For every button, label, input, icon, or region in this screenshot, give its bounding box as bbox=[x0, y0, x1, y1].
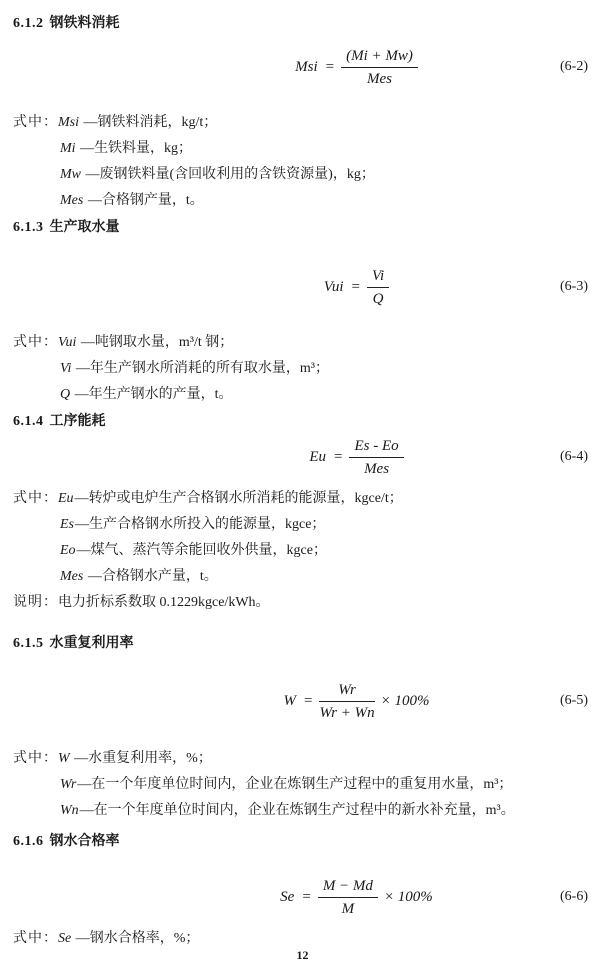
definition-text: —转炉或电炉生产合格钢水所消耗的能源量，kgce/t； bbox=[75, 491, 403, 506]
definition-line: Eo—煤气、蒸汽等余能回收外供量，kgce； bbox=[13, 541, 590, 561]
section-title: 钢铁料消耗 bbox=[50, 14, 120, 30]
where-label: 式中： bbox=[13, 751, 58, 766]
section-number: 6.1.4 bbox=[13, 414, 44, 429]
formula-lhs: Eu bbox=[309, 449, 327, 466]
formula-lhs: Msi bbox=[295, 59, 319, 76]
where-block-615: 式中：W —水重复利用率，%； Wr—在一个年度单位时间内，企业在炼钢生产过程中… bbox=[13, 749, 590, 821]
definition-text: —年生产钢水所消耗的所有取水量，m³； bbox=[72, 361, 329, 376]
section-title: 钢水合格率 bbox=[50, 832, 120, 848]
section-number: 6.1.6 bbox=[13, 834, 44, 849]
definition-text: —水重复利用率，%； bbox=[71, 751, 212, 766]
definition-text: —生铁料量，kg； bbox=[77, 141, 193, 156]
formula-6-2: Msi = (Mi + Mw) Mes bbox=[295, 47, 418, 88]
fraction-denominator: M bbox=[318, 898, 378, 918]
equation-number: (6-3) bbox=[560, 279, 588, 295]
fraction: Vi Q bbox=[367, 267, 389, 308]
definition-line: Mes —合格钢水产量，t。 bbox=[13, 567, 590, 587]
definition-symbol: Msi bbox=[58, 115, 80, 130]
fraction-numerator: Es - Eo bbox=[349, 437, 403, 458]
formula-6-6: Se = M − Md M × 100% bbox=[280, 877, 433, 918]
definition-text: —煤气、蒸汽等余能回收外供量，kgce； bbox=[77, 543, 327, 558]
fraction: Es - Eo Mes bbox=[349, 437, 403, 478]
equals-sign: = bbox=[333, 449, 343, 466]
fraction-numerator: Vi bbox=[367, 267, 389, 288]
section-number: 6.1.2 bbox=[13, 16, 44, 31]
definition-line: Q —年生产钢水的产量，t。 bbox=[13, 385, 590, 405]
definition-text: —废钢铁料量(含回收利用的含铁资源量)，kg； bbox=[82, 167, 375, 182]
where-label: 式中： bbox=[13, 491, 58, 506]
definition-symbol: Vi bbox=[60, 361, 72, 376]
section-heading-615: 6.1.5水重复利用率 bbox=[13, 633, 590, 653]
formula-6-3: Vui = Vi Q bbox=[324, 267, 389, 308]
definition-symbol: Mes bbox=[60, 193, 84, 208]
formula-row-6-5: W = Wr Wr + Wn × 100% (6-5) bbox=[13, 675, 590, 727]
fraction-denominator: Mes bbox=[341, 68, 418, 88]
note-line: 说明：电力折标系数取 0.1229kgce/kWh。 bbox=[13, 593, 590, 613]
definition-text: —在一个年度单位时间内，企业在炼钢生产过程中的重复用水量，m³； bbox=[77, 777, 512, 792]
fraction: M − Md M bbox=[318, 877, 378, 918]
fraction-denominator: Mes bbox=[349, 458, 403, 478]
definition-line: 式中：W —水重复利用率，%； bbox=[13, 749, 590, 769]
formula-lhs: W bbox=[284, 693, 298, 710]
section-heading-616: 6.1.6钢水合格率 bbox=[13, 831, 590, 851]
where-label: 式中： bbox=[13, 931, 58, 946]
equation-number: (6-2) bbox=[560, 59, 588, 75]
definition-line: Wr—在一个年度单位时间内，企业在炼钢生产过程中的重复用水量，m³； bbox=[13, 775, 590, 795]
section-heading-614: 6.1.4工序能耗 bbox=[13, 411, 590, 431]
equals-sign: = bbox=[351, 279, 361, 296]
section-title: 生产取水量 bbox=[50, 218, 120, 234]
formula-6-4: Eu = Es - Eo Mes bbox=[309, 437, 403, 478]
formula-row-6-6: Se = M − Md M × 100% (6-6) bbox=[13, 871, 590, 923]
definition-line: Wn—在一个年度单位时间内，企业在炼钢生产过程中的新水补充量，m³。 bbox=[13, 801, 590, 821]
definition-line: Mes —合格钢产量，t。 bbox=[13, 191, 590, 211]
page-footer: 12 bbox=[0, 948, 605, 963]
definition-line: 式中：Vui —吨钢取水量，m³/t 钢； bbox=[13, 333, 590, 353]
fraction-numerator: Wr bbox=[319, 681, 374, 702]
formula-6-5: W = Wr Wr + Wn × 100% bbox=[284, 681, 430, 722]
fraction: (Mi + Mw) Mes bbox=[341, 47, 418, 88]
where-label: 式中： bbox=[13, 335, 58, 350]
definition-symbol: Vui bbox=[58, 335, 77, 350]
definition-symbol: Q bbox=[60, 387, 71, 402]
definition-text: —钢铁料消耗，kg/t； bbox=[80, 115, 217, 130]
definition-text: —年生产钢水的产量，t。 bbox=[71, 387, 232, 402]
equals-sign: = bbox=[303, 693, 313, 710]
equation-number: (6-4) bbox=[560, 449, 588, 465]
formula-row-6-4: Eu = Es - Eo Mes (6-4) bbox=[13, 431, 590, 483]
definition-line: Mi —生铁料量，kg； bbox=[13, 139, 590, 159]
definition-line: 式中：Eu—转炉或电炉生产合格钢水所消耗的能源量，kgce/t； bbox=[13, 489, 590, 509]
fraction-numerator: M − Md bbox=[318, 877, 378, 898]
formula-suffix: × 100% bbox=[381, 693, 430, 710]
definition-line: 式中：Se —钢水合格率，%； bbox=[13, 929, 590, 949]
definition-symbol: Mi bbox=[60, 141, 77, 156]
equals-sign: = bbox=[325, 59, 335, 76]
where-block-612: 式中：Msi —钢铁料消耗，kg/t； Mi —生铁料量，kg； Mw —废钢铁… bbox=[13, 113, 590, 211]
definition-line: Mw —废钢铁料量(含回收利用的含铁资源量)，kg； bbox=[13, 165, 590, 185]
definition-symbol: Wn bbox=[60, 803, 80, 818]
definition-symbol: Se bbox=[58, 931, 72, 946]
definition-line: Es—生产合格钢水所投入的能源量，kgce； bbox=[13, 515, 590, 535]
note-label: 说明： bbox=[13, 595, 58, 610]
equals-sign: = bbox=[301, 889, 311, 906]
definition-symbol: Eo bbox=[60, 543, 77, 558]
formula-lhs: Se bbox=[280, 889, 295, 906]
definition-symbol: Es bbox=[60, 517, 75, 532]
definition-text: —合格钢水产量，t。 bbox=[84, 569, 217, 584]
formula-lhs: Vui bbox=[324, 279, 345, 296]
definition-symbol: Wr bbox=[60, 777, 77, 792]
page-number: 12 bbox=[297, 948, 309, 962]
section-title: 水重复利用率 bbox=[50, 634, 134, 650]
definition-line: Vi —年生产钢水所消耗的所有取水量，m³； bbox=[13, 359, 590, 379]
section-title: 工序能耗 bbox=[50, 412, 106, 428]
definition-line: 式中：Msi —钢铁料消耗，kg/t； bbox=[13, 113, 590, 133]
note-text: 电力折标系数取 0.1229kgce/kWh。 bbox=[58, 595, 270, 610]
section-heading-612: 6.1.2钢铁料消耗 bbox=[13, 13, 590, 33]
definition-text: —合格钢产量，t。 bbox=[84, 193, 203, 208]
definition-text: —钢水合格率，%； bbox=[72, 931, 199, 946]
fraction: Wr Wr + Wn bbox=[319, 681, 374, 722]
where-block-614: 式中：Eu—转炉或电炉生产合格钢水所消耗的能源量，kgce/t； Es—生产合格… bbox=[13, 489, 590, 613]
document-page: 6.1.2钢铁料消耗 Msi = (Mi + Mw) Mes (6-2) 式中：… bbox=[0, 0, 605, 973]
definition-symbol: W bbox=[58, 751, 71, 766]
section-number: 6.1.5 bbox=[13, 636, 44, 651]
definition-symbol: Eu bbox=[58, 491, 75, 506]
definition-symbol: Mw bbox=[60, 167, 82, 182]
fraction-numerator: (Mi + Mw) bbox=[341, 47, 418, 68]
fraction-denominator: Wr + Wn bbox=[319, 702, 374, 722]
where-block-616: 式中：Se —钢水合格率，%； bbox=[13, 929, 590, 949]
where-label: 式中： bbox=[13, 115, 58, 130]
definition-text: —吨钢取水量，m³/t 钢； bbox=[77, 335, 233, 350]
equation-number: (6-6) bbox=[560, 889, 588, 905]
definition-symbol: Mes bbox=[60, 569, 84, 584]
where-block-613: 式中：Vui —吨钢取水量，m³/t 钢； Vi —年生产钢水所消耗的所有取水量… bbox=[13, 333, 590, 405]
section-number: 6.1.3 bbox=[13, 220, 44, 235]
fraction-denominator: Q bbox=[367, 288, 389, 308]
equation-number: (6-5) bbox=[560, 693, 588, 709]
definition-text: —生产合格钢水所投入的能源量，kgce； bbox=[75, 517, 325, 532]
formula-row-6-2: Msi = (Mi + Mw) Mes (6-2) bbox=[13, 41, 590, 93]
formula-row-6-3: Vui = Vi Q (6-3) bbox=[13, 261, 590, 313]
section-heading-613: 6.1.3生产取水量 bbox=[13, 217, 590, 237]
definition-text: —在一个年度单位时间内，企业在炼钢生产过程中的新水补充量，m³。 bbox=[80, 803, 515, 818]
formula-suffix: × 100% bbox=[384, 889, 433, 906]
